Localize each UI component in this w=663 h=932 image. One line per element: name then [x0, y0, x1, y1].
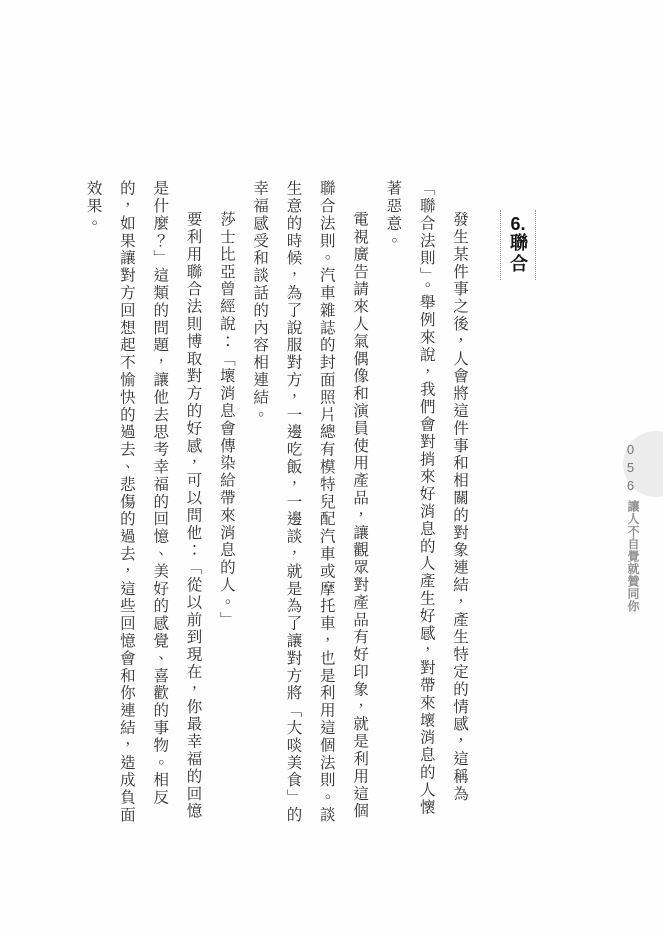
- chapter-number: 6.: [508, 215, 528, 233]
- chapter-title: 聯合: [508, 233, 528, 275]
- paragraph-2: 電視廣告請來人氣偶像和演員使用產品，讓觀眾對產品有好印象，就是利用這個聯合法則。…: [243, 180, 376, 825]
- page-number: 056: [623, 442, 638, 496]
- paragraph-3: 莎士比亞曾經說：「壞消息會傳染給帶來消息的人。」: [210, 180, 243, 825]
- chapter-content: 6.聯合 發生某件事之後，人會將這件事和相關的對象連結，產生特定的情感，這稱為「…: [76, 180, 536, 825]
- paragraph-1: 發生某件事之後，人會將這件事和相關的對象連結，產生特定的情感，這稱為「聯合法則」…: [376, 180, 476, 825]
- chapter-heading: 6.聯合: [500, 210, 536, 280]
- paragraph-4: 要利用聯合法則博取對方的好感，可以問他：「從以前到現在，你最幸福的回憶是什麼？」…: [76, 180, 209, 825]
- book-title: 讓人不自覺就贊同你: [625, 500, 642, 613]
- book-page: 056 讓人不自覺就贊同你 6.聯合 發生某件事之後，人會將這件事和相關的對象連…: [0, 0, 663, 932]
